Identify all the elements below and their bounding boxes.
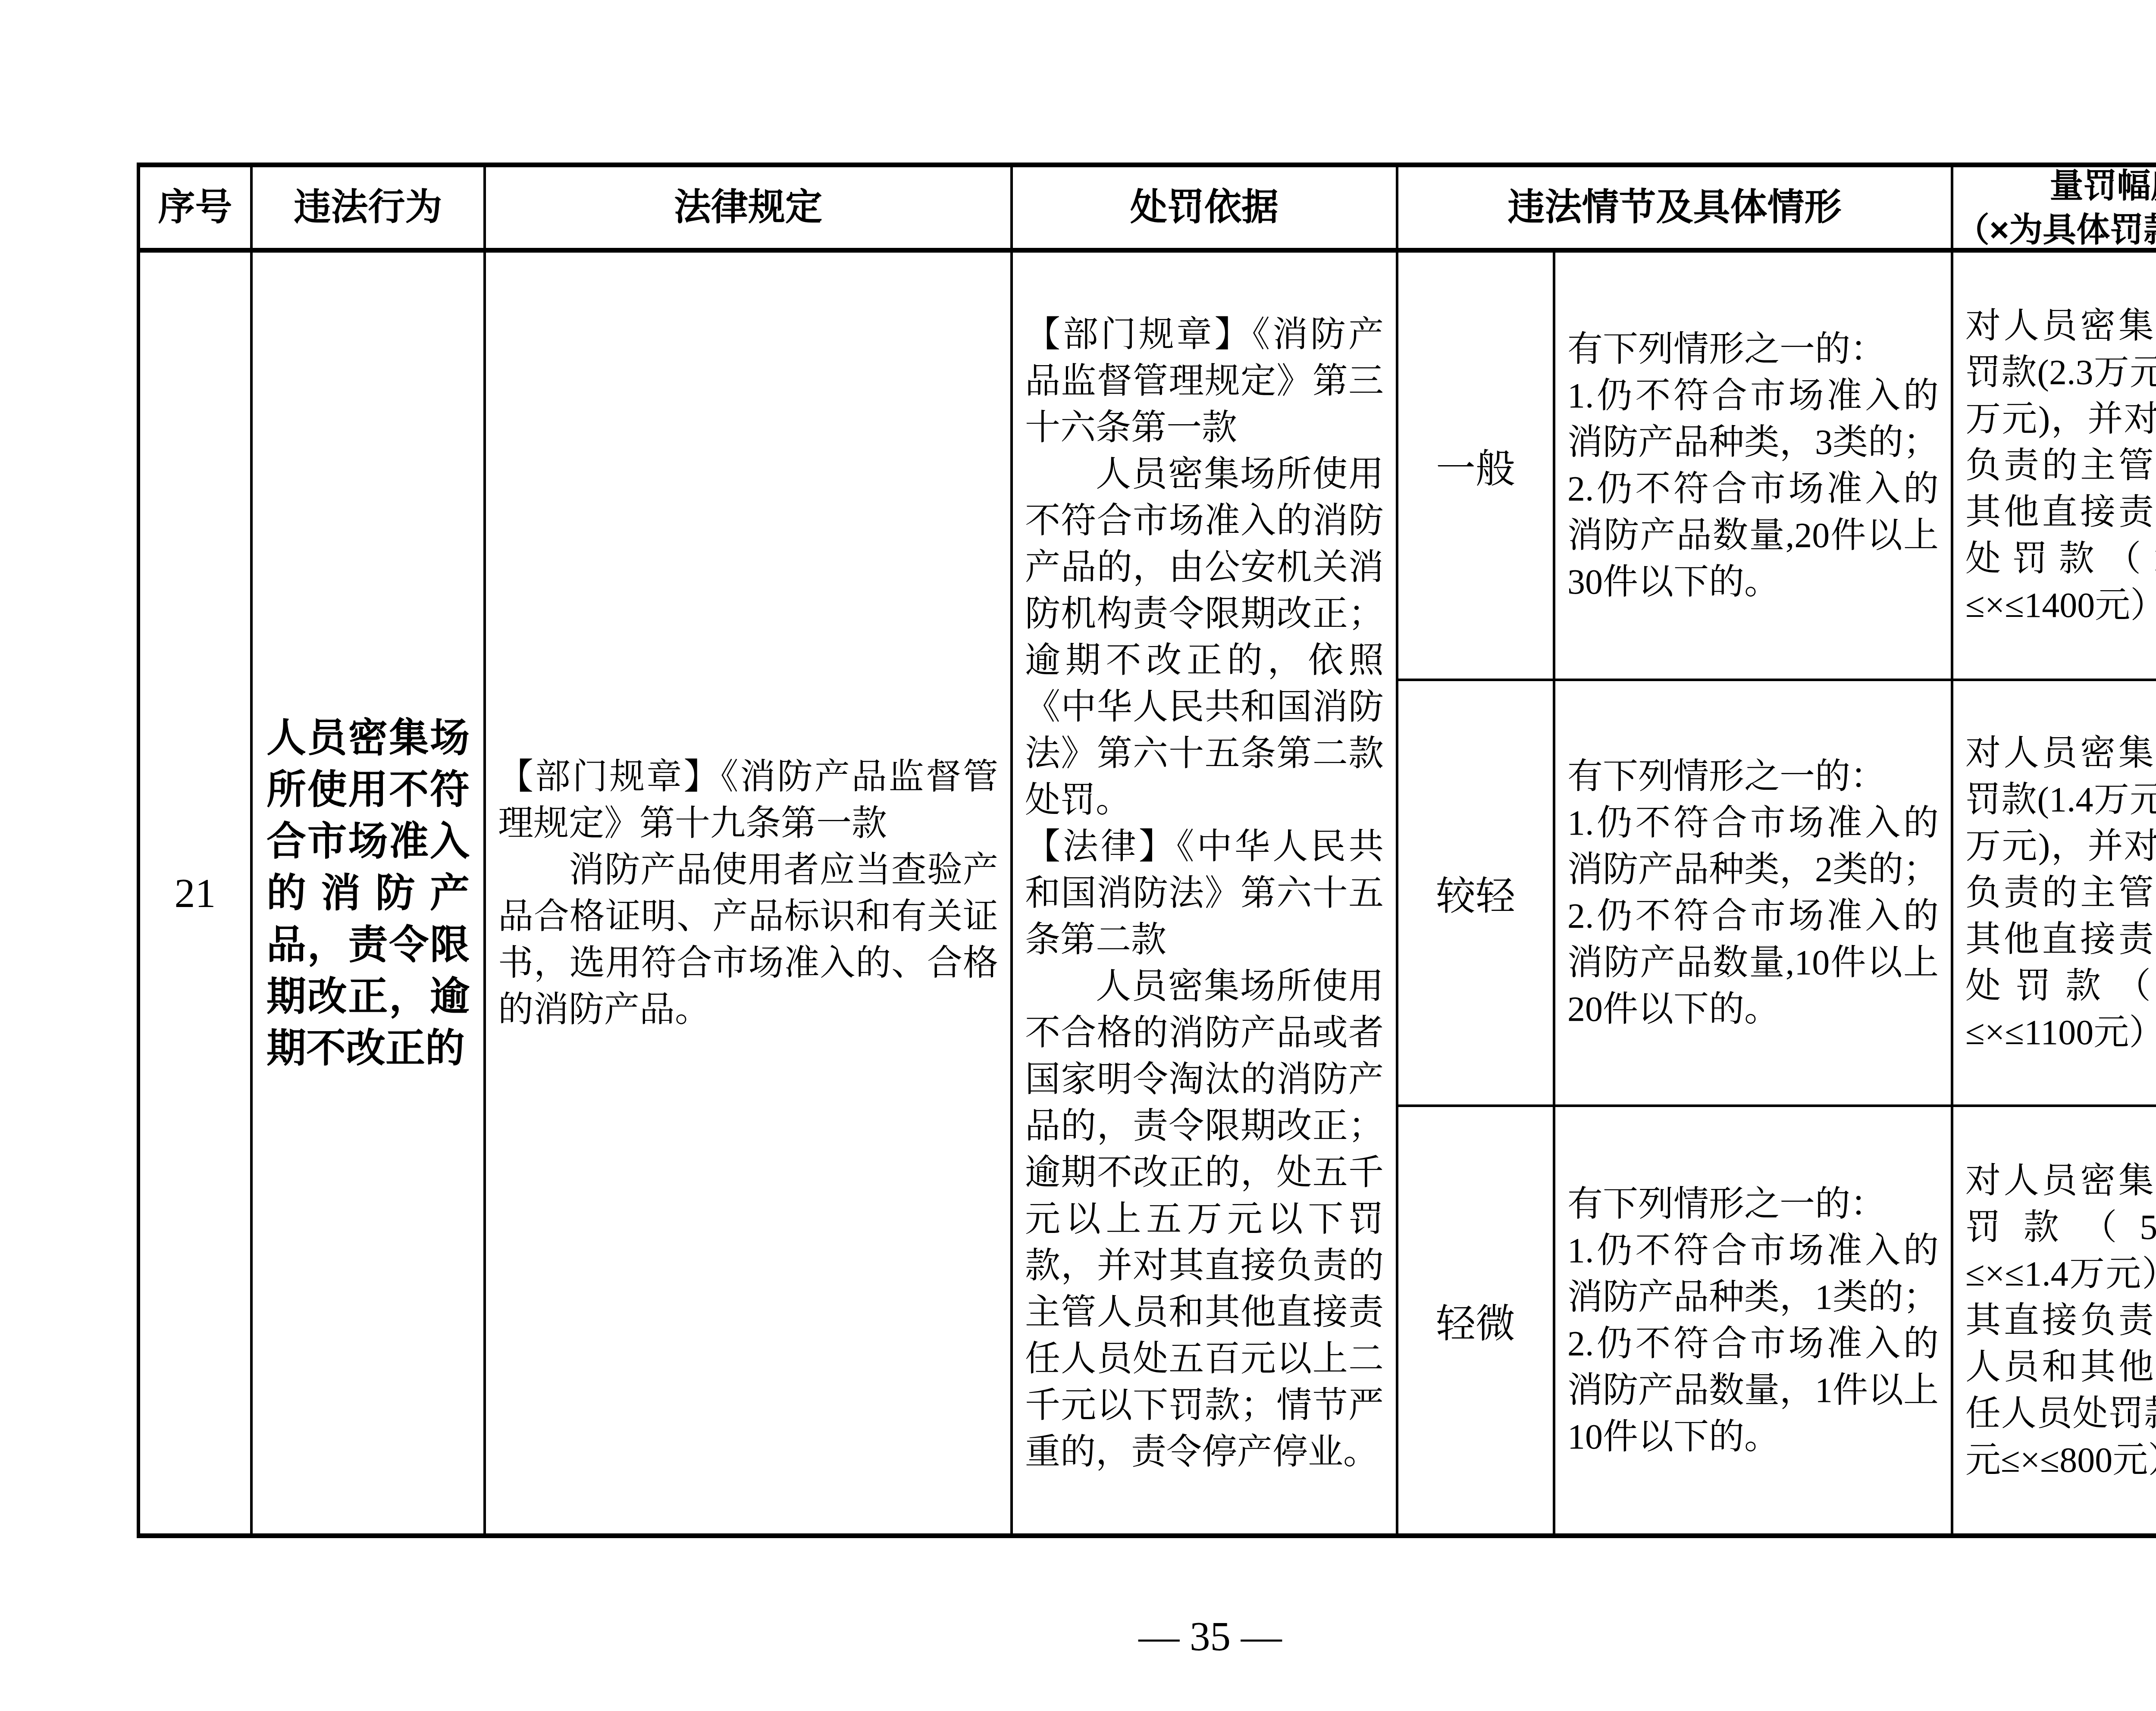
cell-penalty-range-minor: 对人员密集场所处罚款（5000元≤×≤1.4万元），并对其直接负责的主管人员和其… [1953, 1107, 2156, 1533]
header-behavior-label: 违法行为 [253, 186, 483, 229]
header-situations-label: 违法情节及具体情形 [1398, 186, 1951, 229]
cell-legal-provision: 【部门规章】《消防产品监督管理规定》第十九条第一款 消防产品使用者应当查验产品合… [486, 253, 1013, 1533]
penalty-basis-paragraph-2: 人员密集场所使用不合格的消防产品或者国家明令淘汰的消防产品的，责令限期改正；逾期… [1013, 963, 1396, 1475]
situations-item-2: 2.仍不符合市场准入的消防产品数量,20件以上30件以下的。 [1555, 466, 1951, 605]
situations-intro: 有下列情形之一的： [1555, 1181, 1951, 1227]
serial-number: 21 [140, 869, 250, 917]
cell-illegal-behavior: 人员密集场所使用不符合市场准入的消防产品，责令限期改正，逾期不改正的 [253, 253, 486, 1533]
penalty-basis-paragraph-1: 人员密集场所使用不符合市场准入的消防产品的，由公安机关消防机构责令限期改正；逾期… [1013, 451, 1396, 823]
cell-penalty-range-lighter: 对人员密集场所处罚款(1.4万元≤×≤2.3万元)，并对其直接负责的主管人员和其… [1953, 681, 2156, 1107]
illegal-behavior-text: 人员密集场所使用不符合市场准入的消防产品，责令限期改正，逾期不改正的 [253, 712, 483, 1074]
penalty-basis-heading-1: 【部门规章】《消防产品监督管理规定》第三十六条第一款 [1013, 311, 1396, 451]
header-penalty-range-line2: （×为具体罚款金额） [1953, 208, 2156, 252]
header-legal: 法律规定 [486, 167, 1013, 253]
page-number: — 35 — [0, 1611, 2156, 1662]
cell-serial-number: 21 [140, 253, 253, 1533]
header-legal-label: 法律规定 [486, 186, 1010, 229]
penalty-standards-table: 序号 违法行为 法律规定 处罚依据 违法情节及具体情形 量罚幅度 （×为具体罚款… [137, 163, 2156, 1538]
situations-item-1: 1.仍不符合市场准入的消防产品种类，2类的； [1555, 800, 1951, 893]
legal-provision-heading: 【部门规章】《消防产品监督管理规定》第十九条第一款 [486, 754, 1010, 847]
cell-situations-minor: 有下列情形之一的： 1.仍不符合市场准入的消防产品种类，1类的； 2.仍不符合市… [1555, 1107, 1953, 1533]
cell-situations-general: 有下列情形之一的： 1.仍不符合市场准入的消防产品种类，3类的； 2.仍不符合市… [1555, 253, 1953, 681]
situations-intro: 有下列情形之一的： [1555, 753, 1951, 800]
header-penalty-range: 量罚幅度 （×为具体罚款金额） [1953, 167, 2156, 253]
situations-item-2: 2.仍不符合市场准入的消防产品数量，1件以上10件以下的。 [1555, 1320, 1951, 1460]
situations-item-1: 1.仍不符合市场准入的消防产品种类，3类的； [1555, 372, 1951, 466]
penalty-range-text: 对人员密集场所处罚款（5000元≤×≤1.4万元），并对其直接负责的主管人员和其… [1953, 1157, 2156, 1483]
severity-level-label: 轻微 [1398, 1292, 1553, 1349]
penalty-basis-heading-2: 【法律】《中华人民共和国消防法》第六十五条第二款 [1013, 823, 1396, 963]
severity-level-label: 一般 [1398, 437, 1553, 494]
cell-severity-level-general: 一般 [1398, 253, 1555, 681]
cell-severity-level-lighter: 较轻 [1398, 681, 1555, 1107]
cell-situations-lighter: 有下列情形之一的： 1.仍不符合市场准入的消防产品种类，2类的； 2.仍不符合市… [1555, 681, 1953, 1107]
header-situations: 违法情节及具体情形 [1398, 167, 1953, 253]
cell-severity-level-minor: 轻微 [1398, 1107, 1555, 1533]
header-behavior: 违法行为 [253, 167, 486, 253]
header-basis-label: 处罚依据 [1013, 186, 1396, 229]
header-penalty-range-line1: 量罚幅度 [1953, 167, 2156, 208]
header-basis: 处罚依据 [1013, 167, 1398, 253]
penalty-range-text: 对人员密集场所处罚款(1.4万元≤×≤2.3万元)，并对其直接负责的主管人员和其… [1953, 730, 2156, 1056]
situations-item-1: 1.仍不符合市场准入的消防产品种类，1类的； [1555, 1227, 1951, 1320]
legal-provision-paragraph: 消防产品使用者应当查验产品合格证明、产品标识和有关证书，选用符合市场准入的、合格… [486, 847, 1010, 1033]
cell-penalty-basis: 【部门规章】《消防产品监督管理规定》第三十六条第一款 人员密集场所使用不符合市场… [1013, 253, 1398, 1533]
header-serial-label: 序号 [140, 186, 250, 229]
situations-item-2: 2.仍不符合市场准入的消防产品数量,10件以上20件以下的。 [1555, 893, 1951, 1032]
header-serial: 序号 [140, 167, 253, 253]
penalty-range-text: 对人员密集场所处罚款(2.3万元≤×≤3.2万元)，并对其直接负责的主管人员和其… [1953, 303, 2156, 629]
situations-intro: 有下列情形之一的： [1555, 326, 1951, 372]
severity-level-label: 较轻 [1398, 864, 1553, 921]
cell-penalty-range-general: 对人员密集场所处罚款(2.3万元≤×≤3.2万元)，并对其直接负责的主管人员和其… [1953, 253, 2156, 681]
